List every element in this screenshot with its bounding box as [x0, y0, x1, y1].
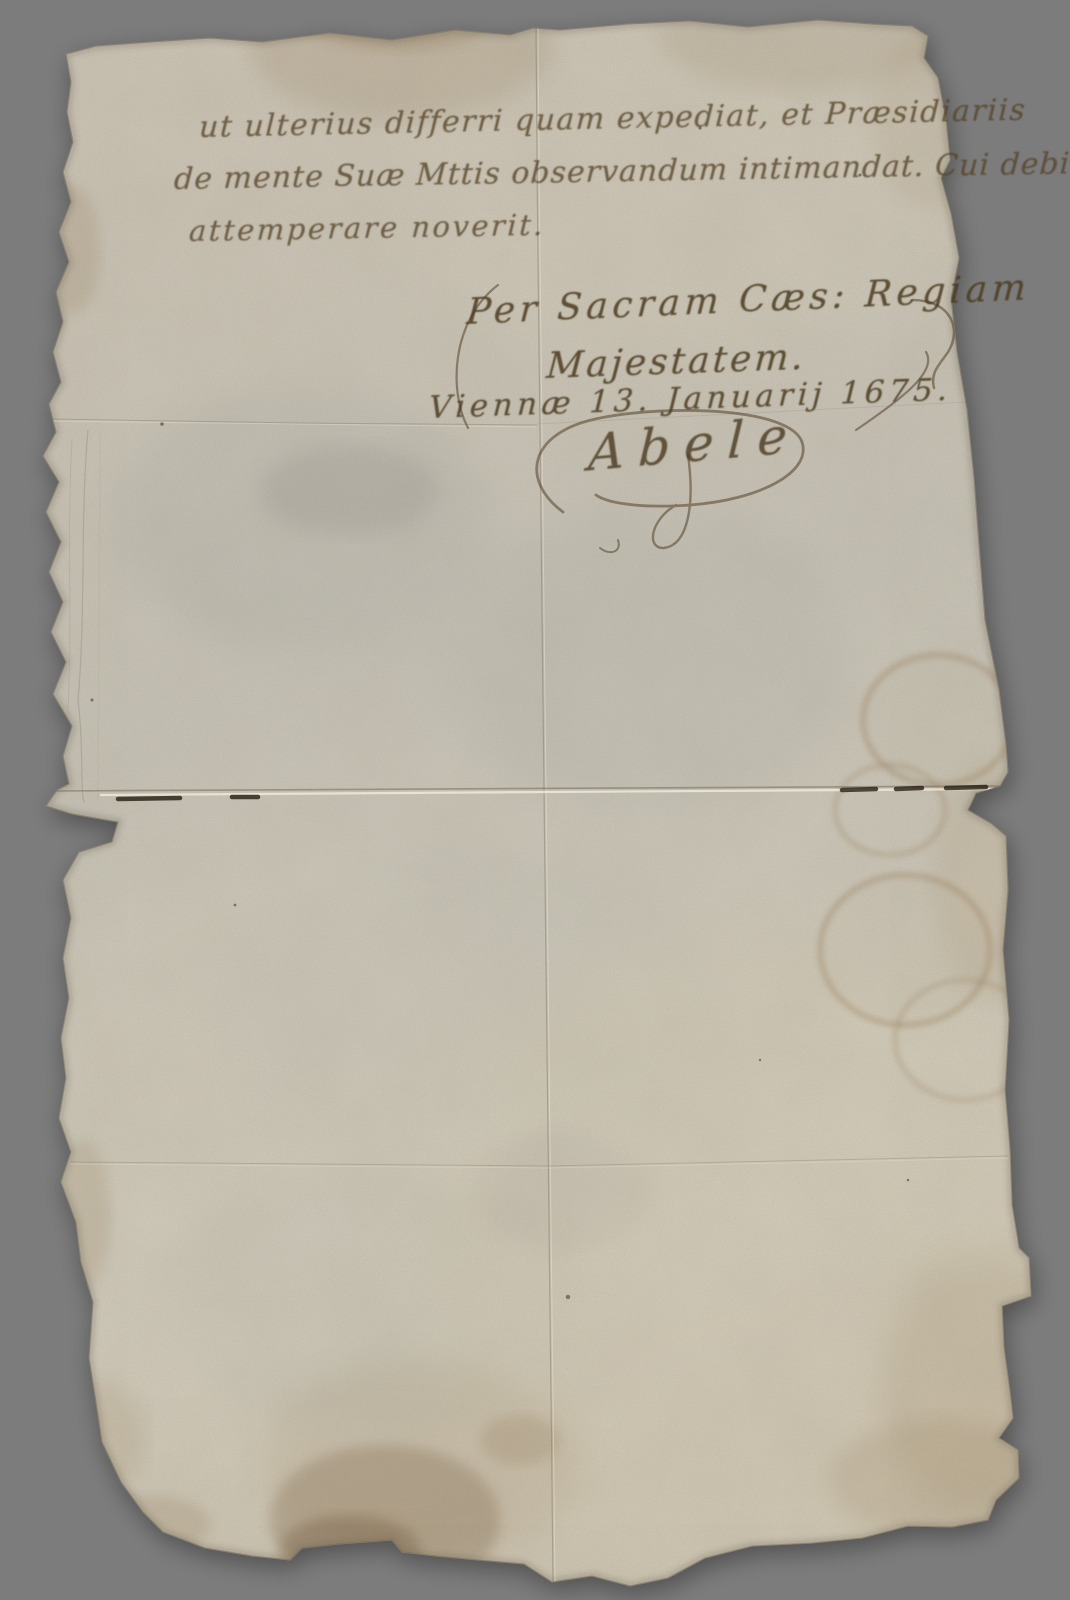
photo-stage: ut ulterius differri quam expediat, et P… — [0, 0, 1070, 1600]
manuscript-body-line-3: attemperare noverit. — [188, 208, 546, 248]
